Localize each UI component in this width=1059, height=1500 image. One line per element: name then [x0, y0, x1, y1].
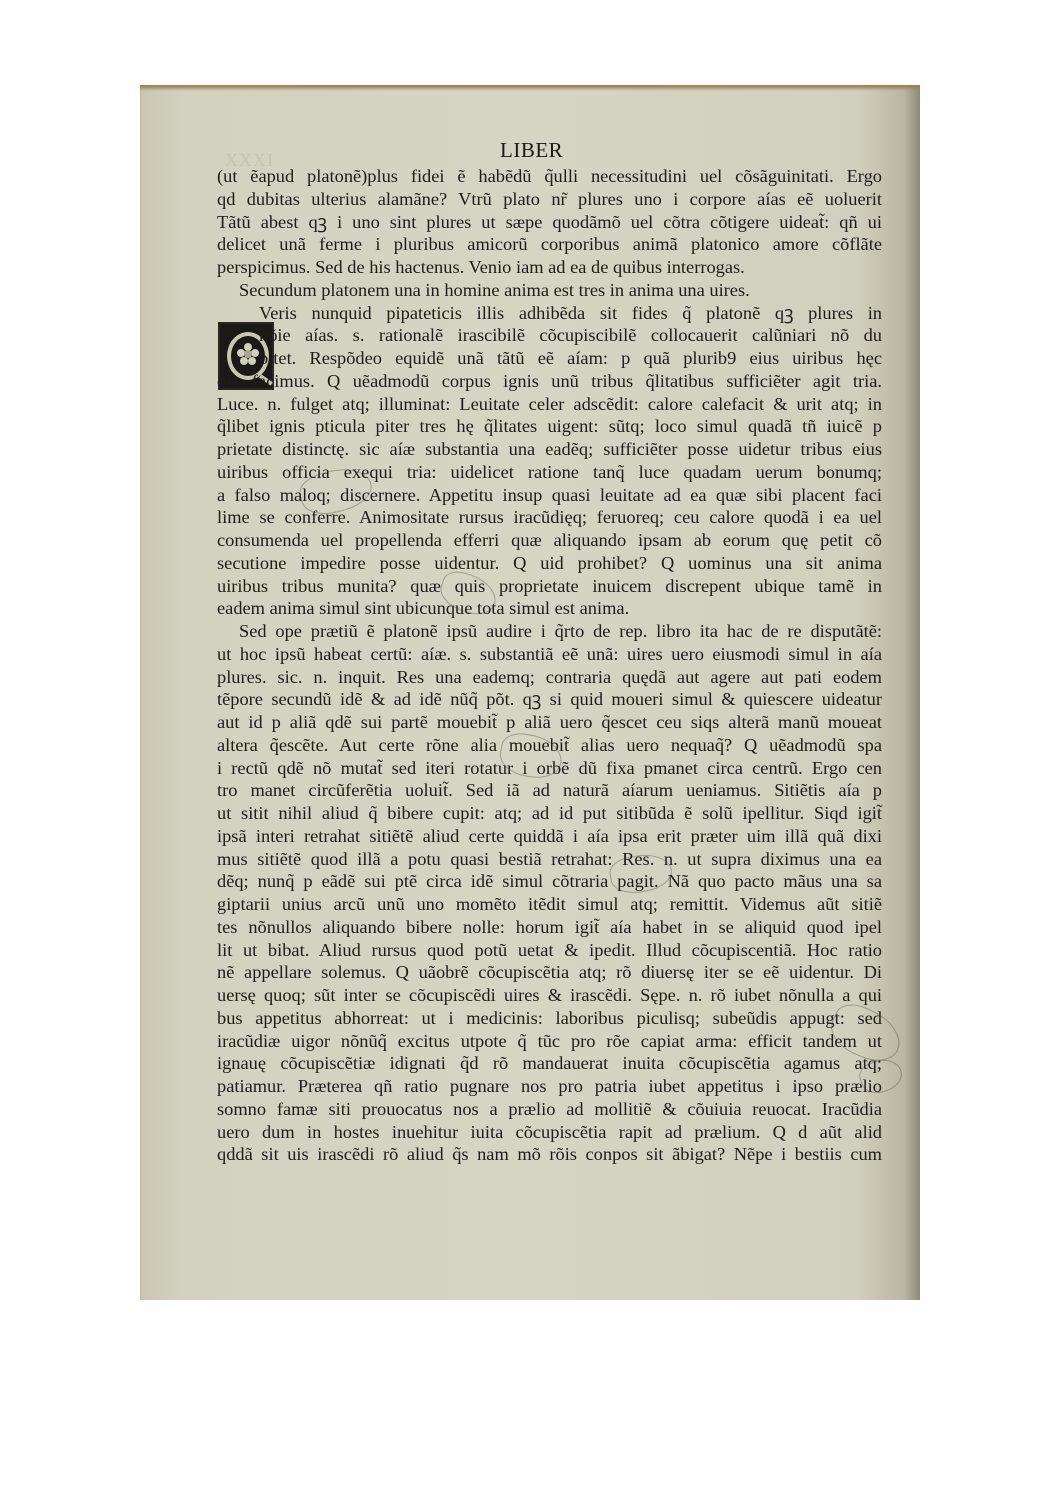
- text-line: mus sitiẽtẽ quod illã a potu quasi besti…: [217, 848, 882, 871]
- text-line: patiamur. Præterea qñ ratio pugnare nos …: [217, 1075, 882, 1098]
- text-line: (ut ẽapud platonẽ)plus fidei ẽ habẽdũ q̃…: [217, 165, 882, 188]
- text-line: consumenda uel propellenda efferri quæ a…: [217, 529, 882, 552]
- text-line: iracũdiæ uigor nõnũq̃ excitus utpote q̃ …: [217, 1030, 882, 1053]
- text-line: ut sitit nihil aliud q̃ bibere cupit: at…: [217, 802, 882, 825]
- text-line: bitet. Respõdeo equidẽ unã tãtũ eẽ aíam:…: [217, 347, 882, 370]
- text-line: oía facimus. Q uẽadmodũ corpus ignis unũ…: [217, 370, 882, 393]
- text-line: eadem anima simul sint ubicunque tota si…: [217, 597, 882, 620]
- text-line: dẽq; nunq̃ p eãdẽ sui ptẽ circa idẽ simu…: [217, 870, 882, 893]
- text-line: plures. sic. n. inquit. Res una eademq; …: [217, 666, 882, 689]
- text-line: somno famæ siti prouocatus nos a prælio …: [217, 1098, 882, 1121]
- chapter-heading: Secundum platonem una in homine anima es…: [217, 279, 882, 302]
- text-line: Sed ope prætiũ ẽ platonẽ ipsũ audire i q…: [217, 620, 882, 643]
- text-line: ipsã interi retrahat sitiẽtẽ aliud certe…: [217, 825, 882, 848]
- text-line: perspicimus. Sed de his hactenus. Venio …: [217, 256, 882, 279]
- text-line: secutione impedire posse uidentur. Q uid…: [217, 552, 882, 575]
- text-line: Tãtũ abest qꝫ i uno sint plures ut sæpe …: [217, 211, 882, 234]
- text-line: prietate distinctę. sic aíæ substantia u…: [217, 438, 882, 461]
- text-line: delicet unã ferme i pluribus amicorũ cor…: [217, 233, 882, 256]
- text-line: tro manet circũferẽtia uoluit̃. Sed iã a…: [217, 779, 882, 802]
- text-line: aut id p aliã qdẽ sui partẽ mouebit̃ p a…: [217, 711, 882, 734]
- text-line: tes nõnullos aliquando bibere nolle: hor…: [217, 916, 882, 939]
- text-line: ut hoc ipsũ habeat certũ: aíæ. s. substa…: [217, 643, 882, 666]
- text-line: ignauę cõcupiscẽtiæ idignati q̃d rõ mand…: [217, 1052, 882, 1075]
- text-line: lit ut bibat. Aliud rursus quod potũ uet…: [217, 939, 882, 962]
- text-line: qddã sit uis irascẽdi rõ aliud q̃s nam m…: [217, 1143, 882, 1166]
- text-line: tẽpore secundũ idẽ & ad idẽ nũq̃ põt. qꝫ…: [217, 688, 882, 711]
- text-line: uero dum in hostes inuehitur iuita cõcup…: [217, 1121, 882, 1144]
- text-line: Veris nunquid pipateticis illis adhibẽda…: [217, 302, 882, 325]
- text-line: giptarii unius arcũ unũ uno momẽto itẽdi…: [217, 893, 882, 916]
- text-line: uersę quoq; sũt inter se cõcupiscẽdi uir…: [217, 984, 882, 1007]
- text-line: qd dubitas ulterius alamãne? Vtrũ plato …: [217, 188, 882, 211]
- text-line: bus appetitus abhorreat: ut i medicinis:…: [217, 1007, 882, 1030]
- text-line: nẽ appellare solemus. Q uãobrẽ cõcupiscẽ…: [217, 961, 882, 984]
- text-line: uiribus tribus munita? quæ quis propriet…: [217, 575, 882, 598]
- body-text: (ut ẽapud platonẽ)plus fidei ẽ habẽdũ q̃…: [217, 165, 882, 1166]
- text-line: q̃libet ignis pticula piter tres hę q̃li…: [217, 415, 882, 438]
- running-head: LIBER: [500, 138, 563, 163]
- text-line: hõie aías. s. rationalẽ irascibilẽ cõcup…: [217, 324, 882, 347]
- text-line: Luce. n. fulget atq; illuminat: Leuitate…: [217, 393, 882, 416]
